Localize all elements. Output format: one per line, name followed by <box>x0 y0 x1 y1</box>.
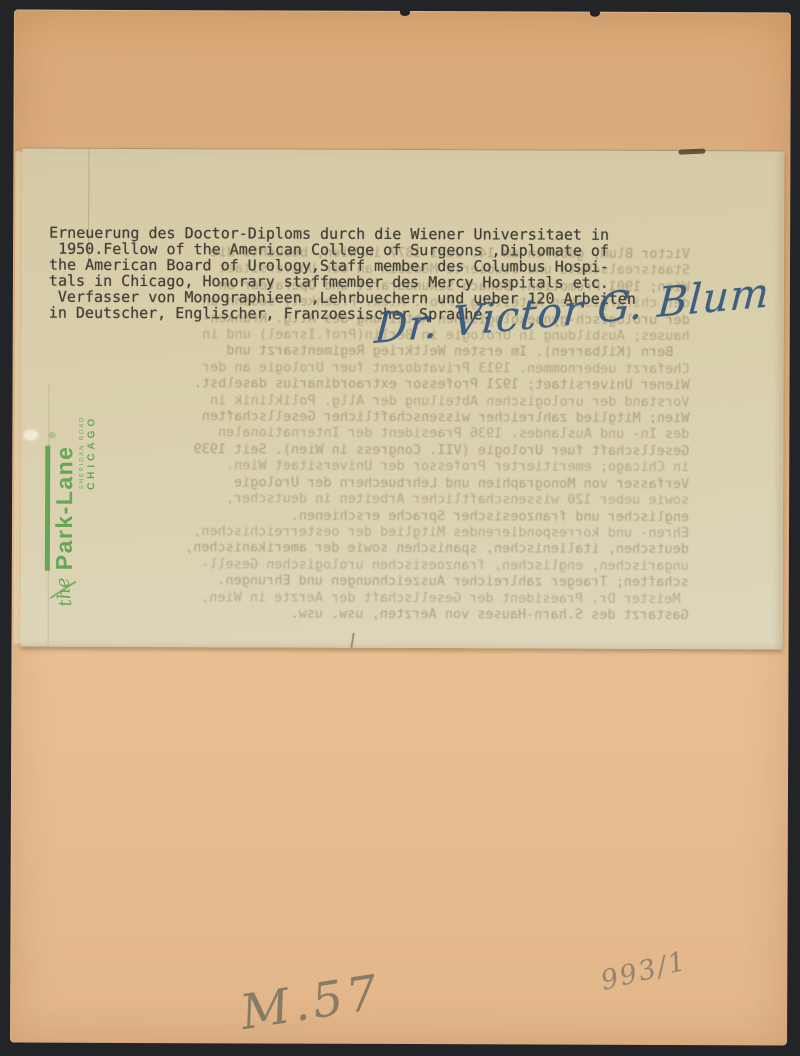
folder-paper: Victor Blum, geboren am 14. Juni 1877 in… <box>10 10 791 1046</box>
text-line: Gastarzt des S.harn-Hauses von Aerzten, … <box>104 605 689 624</box>
stamp-content: the Park-Lane ® SHERIDAN ROAD CHICAGO <box>45 411 134 607</box>
stamp-address-street: SHERIDAN ROAD <box>79 415 85 490</box>
text-line: in Chicago; emeritierter Professor der U… <box>104 457 689 476</box>
archive-number: 993/1 <box>598 946 691 997</box>
pencil-mark-m57: M.57 <box>237 964 385 1041</box>
registered-trademark-icon: ® <box>47 432 57 439</box>
text-line: Chefarzt uebernommen. 1913 Privatdozent … <box>105 359 690 378</box>
paper-crack <box>350 633 354 648</box>
stamp-address: SHERIDAN ROAD CHICAGO <box>79 411 97 490</box>
park-lane-stamp: the Park-Lane ® SHERIDAN ROAD CHICAGO <box>45 411 134 607</box>
ink-speck <box>678 148 705 154</box>
paper-stain <box>23 430 38 441</box>
paper-notch <box>400 9 410 16</box>
stamp-wordmark: Park-Lane <box>45 445 76 570</box>
text-line: Vorstand der urologischen Abteilung der … <box>104 392 689 411</box>
paper-edge-highlight <box>14 152 23 644</box>
stamp-address-city: CHICAGO <box>86 415 97 490</box>
text-line: Ehren- und korrespondierendes Mitglied d… <box>104 523 689 542</box>
scan-background: Victor Blum, geboren am 14. Juni 1877 in… <box>0 0 800 1056</box>
text-line: ungarischen, englischen, franzoesischen … <box>104 556 689 575</box>
document-paper: Victor Blum, geboren am 14. Juni 1877 in… <box>21 148 785 650</box>
text-line: Meister Dr. Praesident der Gesellschaft … <box>104 588 689 607</box>
stamp-wordmark-row: the Park-Lane ® <box>45 411 77 607</box>
text-line: sowie ueber 120 wissenschaftlicher Arbei… <box>104 490 689 509</box>
text-line: des In- und Auslandes. 1936 Praesident d… <box>104 424 689 443</box>
paper-notch <box>590 10 600 17</box>
